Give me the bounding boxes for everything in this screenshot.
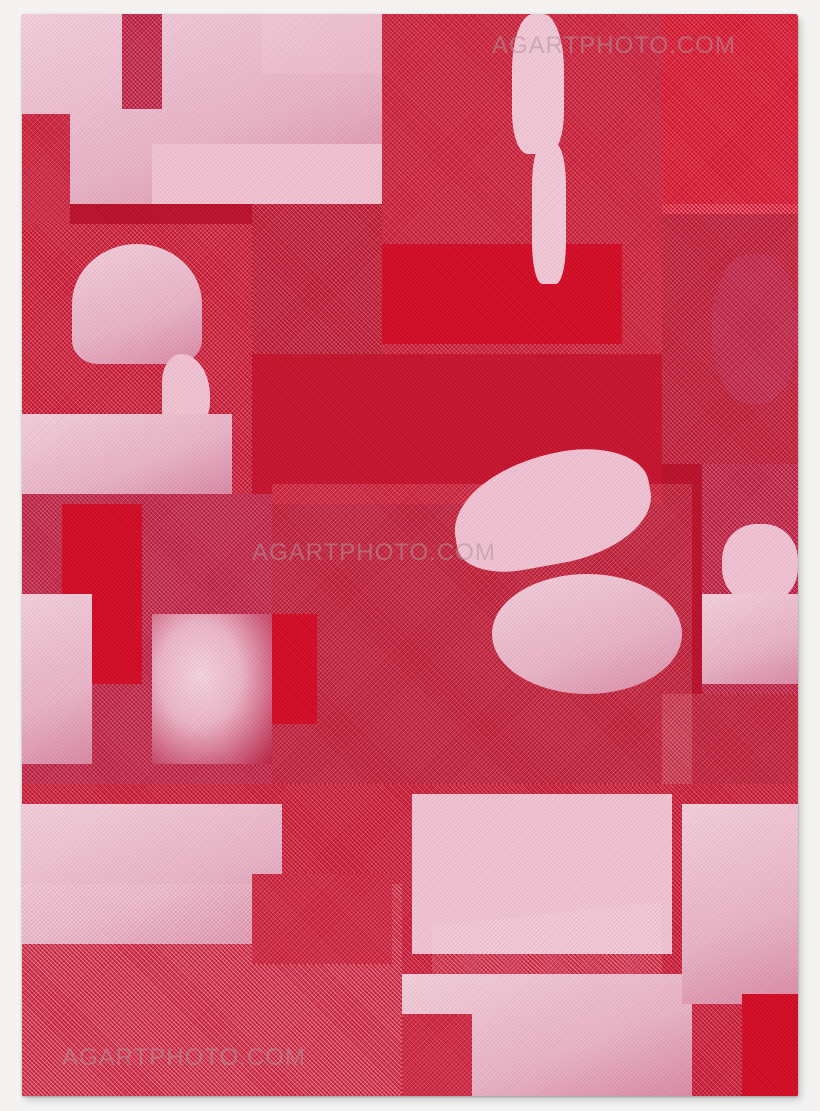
collage-panel <box>682 804 798 1004</box>
hooded-figure-hat <box>72 244 202 364</box>
bright-shape <box>722 524 798 604</box>
collage-panel <box>252 874 392 964</box>
collage-panel <box>22 114 70 224</box>
collage-panel <box>402 1014 472 1096</box>
collage-shadow <box>712 254 798 404</box>
watermark-top: AGARTPHOTO.COM <box>492 32 736 60</box>
collage-panel <box>742 994 798 1096</box>
collage-panel <box>272 614 317 724</box>
collage-panel <box>22 594 92 764</box>
collage-panel <box>382 244 622 344</box>
standing-figure-legs <box>532 144 566 284</box>
watermark-bottom: AGARTPHOTO.COM <box>62 1044 306 1072</box>
collage-panel <box>702 594 798 684</box>
collage-panel <box>152 614 272 764</box>
hooded-figure-coat <box>22 414 232 494</box>
collage-panel <box>262 14 382 74</box>
book-cover: AGARTPHOTO.COM AGARTPHOTO.COM AGARTPHOTO… <box>22 14 798 1096</box>
watermark-center: AGARTPHOTO.COM <box>252 539 496 567</box>
bright-shape <box>492 574 682 694</box>
collage-stripe <box>122 14 162 109</box>
collage-panel <box>152 144 382 204</box>
